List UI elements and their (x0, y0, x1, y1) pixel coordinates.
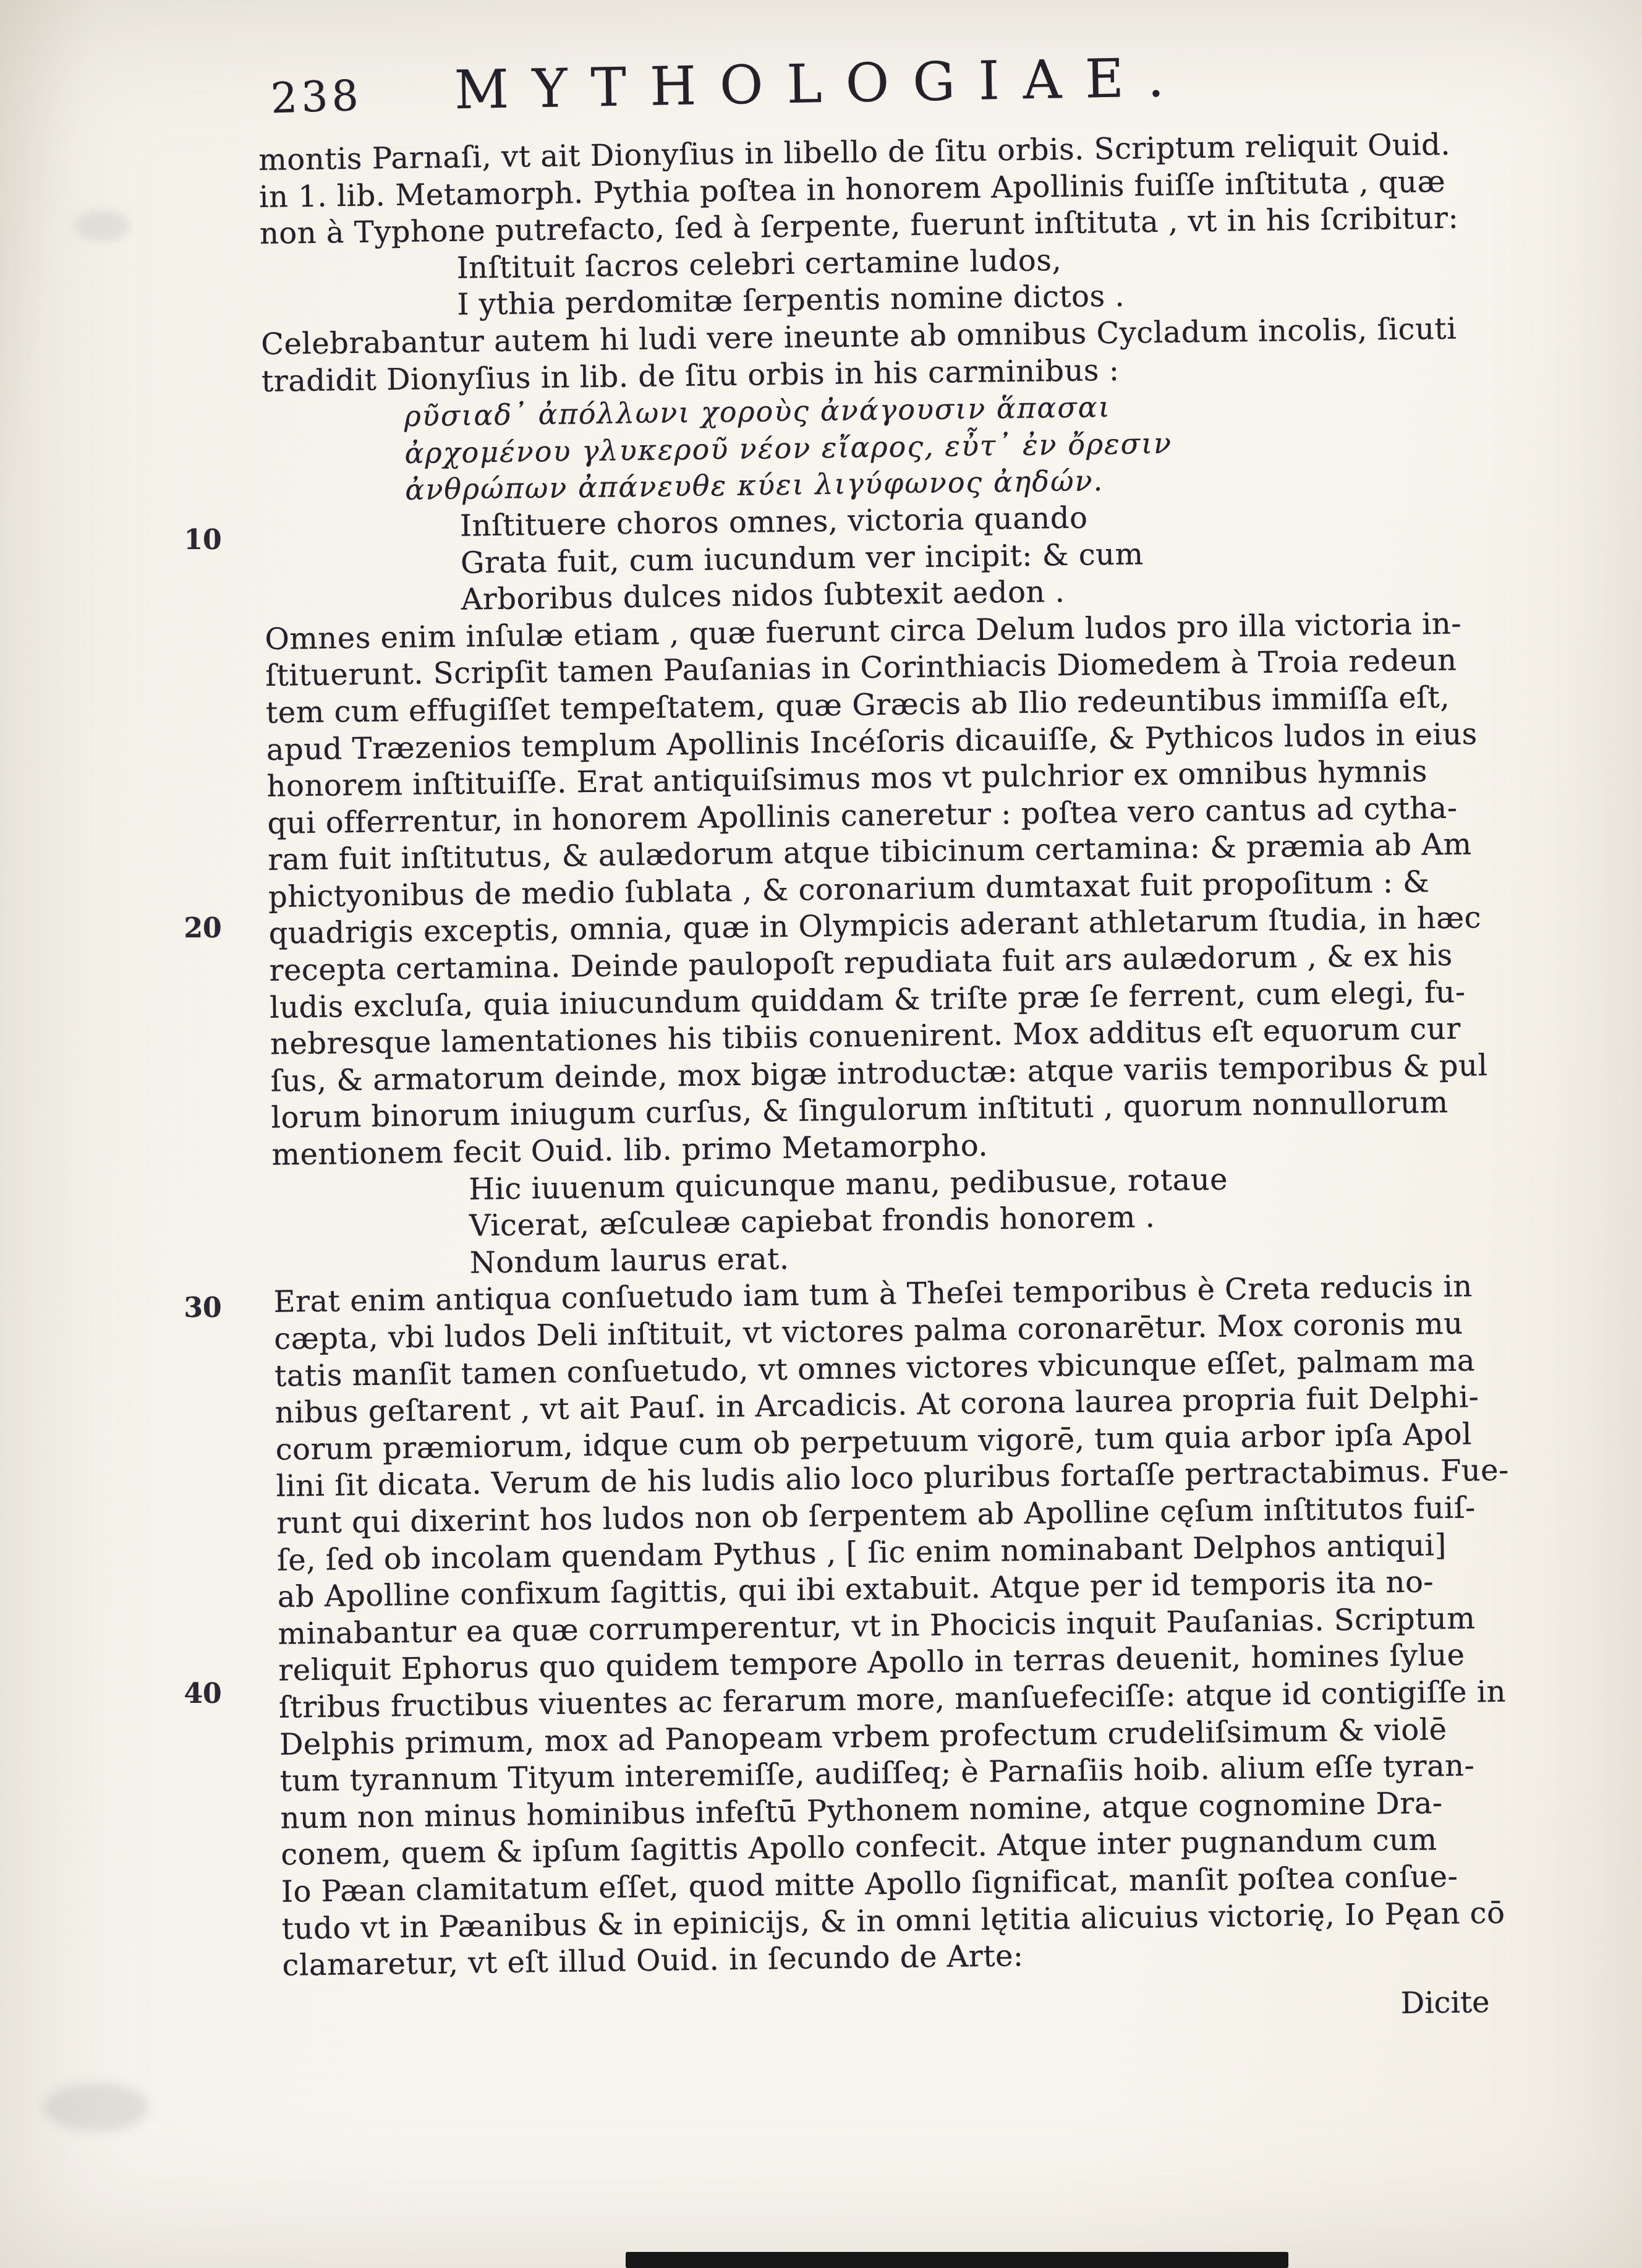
catchword: Dicite (283, 1984, 1575, 2035)
latin-translation-verse: Inſtituere choros omnes, victoria quando… (263, 494, 1557, 621)
photo-edge-strip (626, 2252, 1288, 2268)
opening-paragraph: montis Parnaſi, vt ait Dionyſius in libe… (258, 126, 1552, 253)
margin-line-number: 30 (172, 1292, 234, 1324)
scan-smudge (74, 210, 130, 241)
margin-line-number: 40 (172, 1678, 234, 1710)
margin-line-number: 20 (172, 913, 234, 944)
omnes-paragraph: Omnes enim inſulæ etiam , quæ fuerunt ci… (265, 604, 1564, 1174)
erat-enim-paragraph: Erat enim antiqua conſuetudo iam tum à T… (273, 1268, 1575, 1985)
margin-line-number: 10 (172, 524, 234, 556)
book-page: 238 MYTHOLOGIAE. 10 20 30 40 montis Parn… (0, 0, 1642, 2268)
ovid-metamorphoses-verse: Hic iuuenum quicunque manu, pedibusue, r… (272, 1157, 1565, 1284)
scan-smudge (43, 2083, 148, 2132)
greek-verse-quote: ρῦσιαδ᾽ ἀπόλλωνι χοροὺς ἀνάγουσιν ἅπασαι… (262, 383, 1555, 511)
text-column: montis Parnaſi, vt ait Dionyſius in libe… (258, 126, 1575, 2036)
running-title: MYTHOLOGIAE. (0, 39, 1642, 129)
